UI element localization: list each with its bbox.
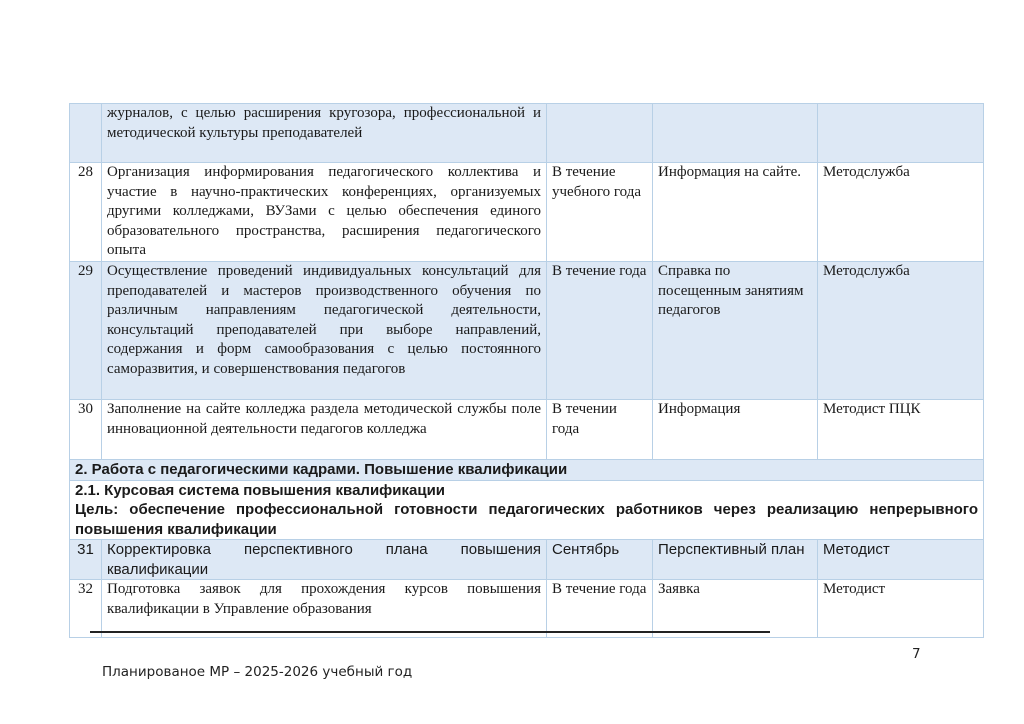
page-number: 7 [912, 646, 921, 662]
table-row: 29 Осуществление проведений индивидуальн… [70, 262, 984, 400]
row-term: Сентябрь [547, 540, 653, 580]
row-description: Осуществление проведений индивидуальных … [102, 262, 547, 400]
row-number: 32 [70, 580, 102, 638]
row-responsible: Методист [818, 580, 984, 638]
subsection-cell: 2.1. Курсовая система повышения квалифик… [70, 480, 984, 540]
table-row: 31 Корректировка перспективного плана по… [70, 540, 984, 580]
row-description: журналов, с целью расширения кругозора, … [102, 104, 547, 163]
subsection-title: 2.1. Курсовая система повышения квалифик… [75, 481, 978, 501]
row-description: Подготовка заявок для прохождения курсов… [102, 580, 547, 638]
footer-title: Планированое МР – 2025-2026 учебный год [102, 664, 412, 680]
row-number: 28 [70, 163, 102, 262]
row-description: Заполнение на сайте колледжа раздела мет… [102, 400, 547, 460]
row-term [547, 104, 653, 163]
row-number: 31 [70, 540, 102, 580]
table-row: 30 Заполнение на сайте колледжа раздела … [70, 400, 984, 460]
table-row: 32 Подготовка заявок для прохождения кур… [70, 580, 984, 638]
row-description: Корректировка перспективного плана повыш… [102, 540, 547, 580]
row-responsible: Методслужба [818, 262, 984, 400]
row-number: 29 [70, 262, 102, 400]
row-result: Информация на сайте. [653, 163, 818, 262]
row-responsible: Методист ПЦК [818, 400, 984, 460]
row-responsible [818, 104, 984, 163]
document-page: журналов, с целью расширения кругозора, … [0, 0, 1024, 724]
row-result: Справка по посещенным занятиям педагогов [653, 262, 818, 400]
section-header-row: 2. Работа с педагогическими кадрами. Пов… [70, 460, 984, 481]
row-responsible: Методист [818, 540, 984, 580]
row-responsible: Методслужба [818, 163, 984, 262]
row-result: Заявка [653, 580, 818, 638]
underline-divider [90, 631, 770, 633]
row-description: Организация информирования педагогическо… [102, 163, 547, 262]
row-result: Информация [653, 400, 818, 460]
subsection-row: 2.1. Курсовая система повышения квалифик… [70, 480, 984, 540]
table-row: журналов, с целью расширения кругозора, … [70, 104, 984, 163]
row-term: В течение года [547, 580, 653, 638]
row-term: В течение учебного года [547, 163, 653, 262]
section-title: 2. Работа с педагогическими кадрами. Пов… [70, 460, 984, 481]
row-number: 30 [70, 400, 102, 460]
table-row: 28 Организация информирования педагогиче… [70, 163, 984, 262]
row-number [70, 104, 102, 163]
goal-text: Цель: обеспечение профессиональной готов… [75, 500, 978, 539]
row-result: Перспективный план [653, 540, 818, 580]
row-term: В течении года [547, 400, 653, 460]
plan-table: журналов, с целью расширения кругозора, … [69, 103, 984, 638]
row-result [653, 104, 818, 163]
row-term: В течение года [547, 262, 653, 400]
